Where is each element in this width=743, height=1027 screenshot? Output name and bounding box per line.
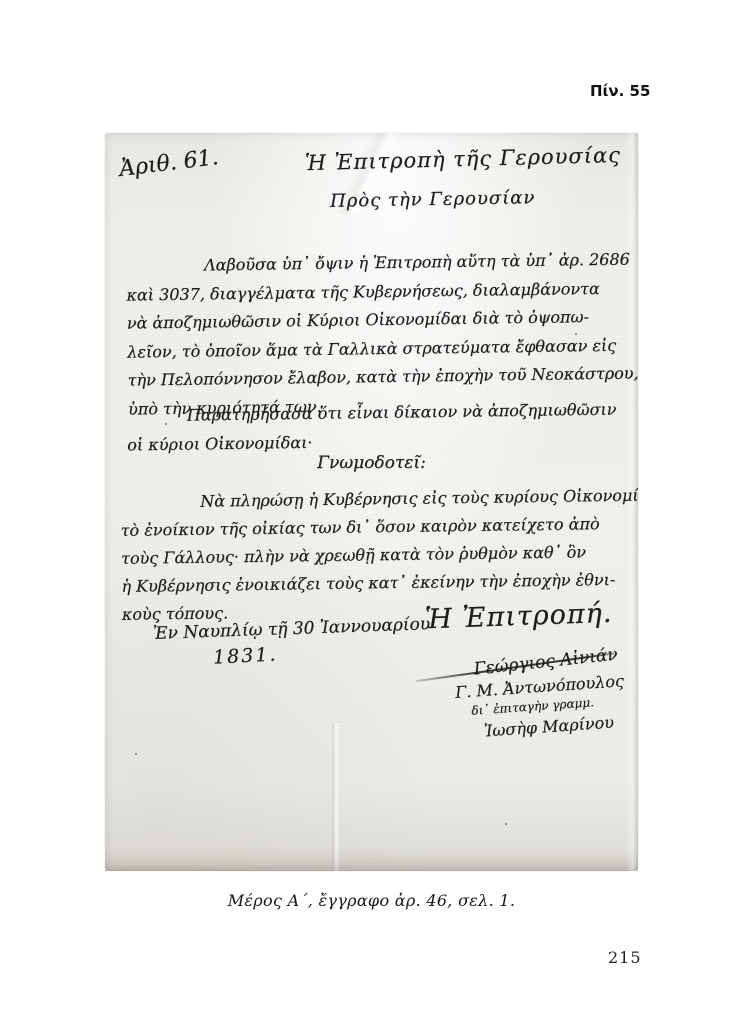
plate-label: Πίν. 55 xyxy=(590,82,650,100)
document-title: Ἡ Ἐπιτροπὴ τῆς Γερουσίας xyxy=(305,143,621,175)
paper-crease-bottom xyxy=(105,847,638,871)
paper-speck xyxy=(505,823,507,825)
paper-speck xyxy=(135,753,137,755)
document-ref-number: Ἀριθ. 61. xyxy=(118,145,220,182)
document-addressee: Πρὸς τὴν Γερουσίαν xyxy=(330,187,536,212)
dateline-year: 1831. xyxy=(212,643,277,668)
figure-caption: Μέρος Α΄, ἔγγραφο ἀρ. 46, σελ. 1. xyxy=(0,891,743,910)
verdict-heading: Γνωμοδοτεῖ: xyxy=(105,453,638,473)
committee-heading: Ἡ Ἐπιτροπή. xyxy=(425,598,613,636)
book-page: { "page": { "plate_label": "Πίν. 55", "c… xyxy=(0,0,743,1027)
page-number: 215 xyxy=(608,948,642,967)
paragraph-2: Παρατηρήσασα ὅτι εἶναι δίκαιον νὰ ἀποζημ… xyxy=(127,396,617,460)
signatures-block: Γεώργιος Αἰνιάν Γ. Μ. Ἀντωνόπουλος δι᾽ ἐ… xyxy=(455,653,624,741)
paper-crease-vertical xyxy=(330,723,340,871)
scanned-document-photo: Ἀριθ. 61. Ἡ Ἐπιτροπὴ τῆς Γερουσίας Πρὸς … xyxy=(105,133,638,871)
